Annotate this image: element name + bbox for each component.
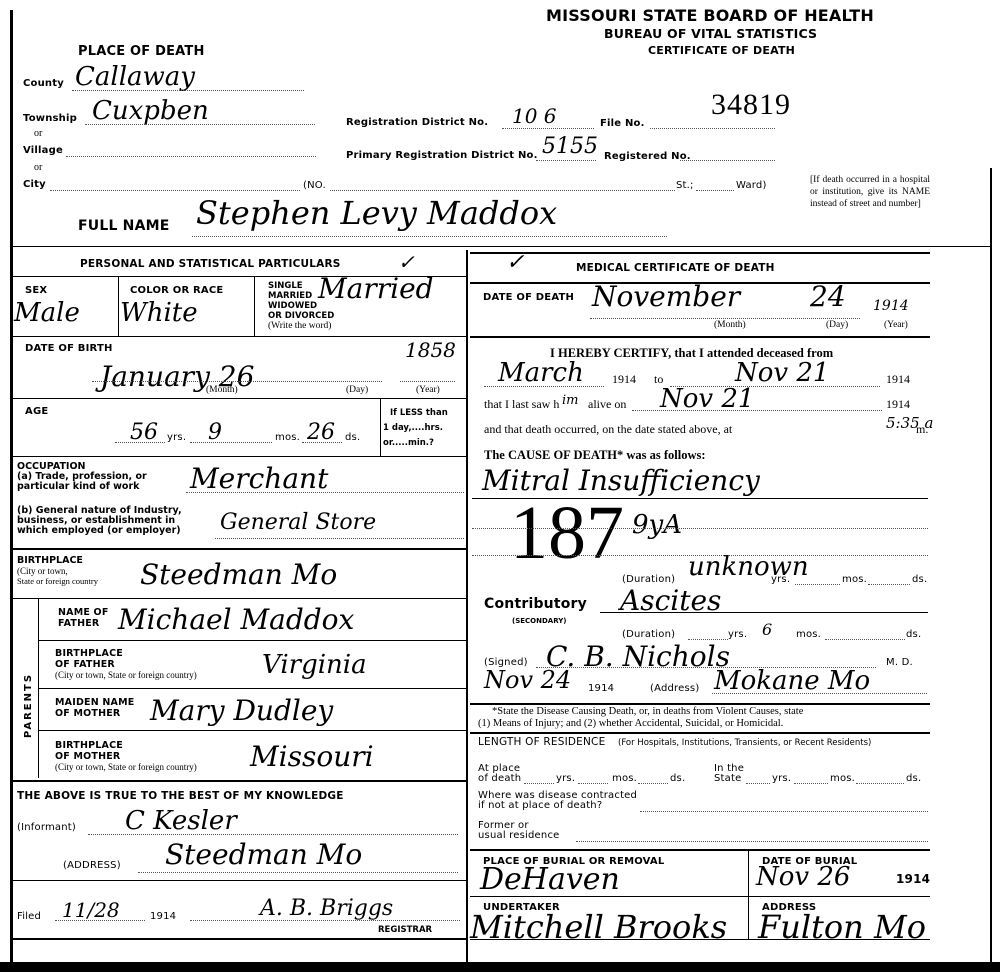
duration-ds-line [868,584,910,585]
village-line [66,156,316,157]
filed-date-line [55,920,145,921]
mother-birthplace-value: Missouri [250,740,374,773]
section-divider-top-2 [470,252,930,254]
cause-text: The CAUSE OF DEATH* was as follows: [484,448,706,463]
registrar-line [190,920,460,921]
mother-line [38,730,466,731]
medical-heading: MEDICAL CERTIFICATE OF DEATH [576,262,775,274]
marital-label-3: WIDOWED [268,301,317,311]
father-bp-label-1: BIRTHPLACE [55,648,123,659]
cause-code: 187 [510,490,624,577]
less-than-1: If LESS than [390,408,448,418]
dod-month-value: November [592,280,740,313]
father-name-label-2: FATHER [58,618,99,629]
informant-address-value: Steedman Mo [165,838,362,871]
signed-year: 1914 [588,683,614,694]
marital-value: Married [318,272,434,305]
dod-day-value: 24 [810,280,846,313]
residence-heading-sub: (For Hospitals, Institutions, Transients… [478,738,928,749]
in-state-yrs-line [746,783,770,784]
primary-district-label: Primary Registration District No. [346,150,538,161]
contrib-ds-label: ds. [906,629,921,640]
burial-place-value: DeHaven [480,862,620,897]
full-name-line [192,236,667,237]
father-name-value: Michael Maddox [118,603,354,636]
mother-bp-label-2: OF MOTHER [55,751,120,762]
contributory-label: Contributory [484,596,587,612]
mother-name-label-2: OF MOTHER [55,708,120,719]
certificate-title: CERTIFICATE OF DEATH [648,44,795,57]
row-line-3 [10,456,466,457]
father-name-label-1: NAME OF [58,607,109,618]
marital-label-1: SINGLE [268,281,303,291]
parents-bottom-line [10,780,466,782]
duration-yrs-label: yrs. [771,574,790,585]
county-label: County [23,78,64,89]
age-yrs-label: yrs. [167,432,186,443]
file-no-line [650,128,775,129]
occupation-line [186,492,464,493]
age-divider [380,398,381,456]
race-label: COLOR OR RACE [130,285,223,296]
cause-line-2 [472,528,928,529]
at-place-mos-line [578,783,608,784]
county-line [72,90,304,91]
street-line [330,190,675,191]
filed-year: 1914 [150,911,176,922]
age-label: AGE [25,406,48,417]
sex-divider [118,276,119,336]
street-no-label: (NO. [303,180,326,191]
occ-a-label-2: particular kind of work [17,482,139,492]
age-days-line [302,442,342,443]
burial-year: 1914 [896,872,930,886]
contrib-mos-label: mos. [796,629,821,640]
dob-year-value: 1858 [405,338,456,362]
contrib-ds-line [825,639,905,640]
burial-date-value: Nov 26 [756,862,850,892]
informant-line [88,834,458,835]
file-number: 34819 [711,88,791,122]
row-line-4 [10,548,466,550]
mother-bp-label-3: (City or town, State or foreign country) [55,762,197,772]
duration-mos-label: mos. [842,574,867,585]
full-name-value: Stephen Levy Maddox [196,194,557,232]
mother-name-label-1: MAIDEN NAME [55,697,134,708]
full-name-label: FULL NAME [78,218,170,234]
undertaker-line [470,939,930,940]
registered-no-line [680,160,775,161]
race-divider [254,276,255,336]
state-board-title: MISSOURI STATE BOARD OF HEALTH [546,6,874,25]
city-label: City [23,179,46,190]
dod-month-caption: (Month) [714,320,746,330]
at-place-yrs-line [524,783,554,784]
contrib-duration-label: (Duration) [622,629,675,640]
attended-from-line [484,386,604,387]
in-state-ds-label: ds. [906,773,921,784]
file-no-label: File No. [600,118,645,129]
county-value: Callaway [75,62,195,92]
md-label: M. D. [886,657,913,668]
undertaker-value: Mitchell Brooks [470,908,727,946]
or-text-1: or [34,128,42,139]
registration-district-value: 10 6 [512,104,557,128]
in-state-label-2: State [714,773,741,784]
primary-district-value: 5155 [542,134,598,159]
contrib-mos-value: 6 [762,620,772,639]
dob-line [92,381,382,382]
dob-label: DATE OF BIRTH [25,343,113,354]
md-address-label: (Address) [650,683,699,694]
in-state-yrs-label: yrs. [772,773,791,784]
secondary-label: (SECONDARY) [512,616,566,626]
personal-check: ✓ [398,250,415,274]
contrib-yrs-label: yrs. [728,629,747,640]
attended-from-value: March [498,358,584,388]
birthplace-value: Steedman Mo [140,558,337,591]
attended-to-year: 1914 [886,372,910,387]
dob-year-line [400,381,455,382]
ward-label: Ward) [736,180,767,191]
age-years-line [115,442,165,443]
dod-label: DATE OF DEATH [483,292,574,303]
md-address-value: Mokane Mo [714,666,870,696]
filed-date-value: 11/28 [62,898,120,922]
personal-heading: PERSONAL AND STATISTICAL PARTICULARS [80,258,341,270]
occ-b-label-3: which employed (or employer) [17,526,181,536]
former-residence-label-2: usual residence [478,830,560,841]
duration-ds-label: ds. [912,574,927,585]
last-saw-text: that I last saw h [484,397,559,412]
age-mos-label: mos. [275,432,300,443]
signed-value: C. B. Nichols [546,640,730,673]
informant-label: (Informant) [17,822,76,833]
filed-bottom-line [10,938,466,940]
father-bp-line [38,688,466,689]
cause-code-note: 9yA [632,510,682,540]
primary-district-line [536,160,596,161]
birthplace-label: BIRTHPLACE [17,556,83,566]
race-value: White [120,298,198,328]
contracted-line [640,811,928,812]
industry-line [215,538,464,539]
father-line [38,640,466,641]
in-state-ds-line [856,783,904,784]
township-value: Cuxpben [92,96,209,126]
bottom-border [0,962,1000,972]
registration-district-label: Registration District No. [346,117,488,128]
row-line-1 [10,336,466,337]
former-residence-line [576,841,928,842]
informant-value: C Kesler [125,806,237,836]
attended-from-year: 1914 [612,372,636,387]
row-line-5 [10,598,466,599]
death-time-text: and that death occurred, on the date sta… [484,422,732,437]
informant-address-label: (ADDRESS) [63,860,121,871]
dob-year-caption: (Year) [416,385,440,395]
m-label: m. [916,422,928,437]
at-place-ds-label: ds. [670,773,685,784]
left-border [10,10,13,965]
sex-label: SEX [25,285,47,296]
dob-month-caption: (Month) [206,385,238,395]
duration-mos-line [795,584,840,585]
birthplace-sub-1: (City or town, [17,566,68,576]
ward-line [696,190,734,191]
mother-bp-label-1: BIRTHPLACE [55,740,123,751]
footnote-1: *State the Disease Causing Death, or, in… [492,706,803,717]
dod-bottom-line [470,336,930,338]
right-border [990,168,992,968]
informant-bottom-line [10,880,466,881]
filed-label: Filed [17,911,41,922]
last-saw-year: 1914 [886,397,910,412]
bureau-subtitle: BUREAU OF VITAL STATISTICS [604,26,817,41]
at-place-label-2: of death [478,773,521,784]
father-birthplace-value: Virginia [262,650,367,680]
industry-value: General Store [220,510,376,535]
burial-divider [748,849,749,939]
sex-value: Male [14,298,80,328]
informant-address-line [138,872,458,873]
township-label: Township [23,113,77,124]
township-line [85,124,315,125]
at-place-ds-line [638,783,668,784]
city-line [50,190,300,191]
registration-district-line [502,128,594,129]
dod-year-value: 1914 [873,298,909,314]
at-place-yrs-label: yrs. [556,773,575,784]
dod-day-caption: (Day) [826,320,848,330]
village-label: Village [23,145,63,156]
dod-line [590,318,860,319]
parents-label: PARENTS [23,673,34,738]
in-state-mos-line [794,783,828,784]
st-label: St.; [676,180,694,191]
registered-no-label: Registered No. [604,151,691,162]
row-line-2 [10,398,466,399]
place-of-death-heading: PLACE OF DEATH [78,44,205,59]
in-state-mos-label: mos. [830,773,855,784]
contracted-label-2: if not at place of death? [478,800,602,811]
duration-value: unknown [688,552,809,582]
age-months-line [190,442,272,443]
dob-day-caption: (Day) [346,385,368,395]
or-text-2: or [34,162,42,173]
knowledge-statement: THE ABOVE IS TRUE TO THE BEST OF MY KNOW… [17,790,344,802]
medical-check: ✓ [506,250,524,275]
signed-date-value: Nov 24 [484,666,571,694]
undertaker-address-value: Fulton Mo [758,908,926,946]
md-bottom-line [470,703,930,705]
father-bp-label-2: OF FATHER [55,659,115,670]
burial-line [470,896,930,897]
less-than-2: 1 day,....hrs. [383,423,443,433]
marital-label-4: OR DIVORCED [268,311,334,321]
father-bp-label-3: (City or town, State or foreign country) [55,670,197,680]
marital-label-5: (Write the word) [268,321,331,331]
hospital-note: [If death occurred in a hospital or inst… [810,174,930,210]
last-saw-line [632,410,882,411]
birthplace-sub-2: State or foreign country [17,576,98,586]
occupation-value: Merchant [190,462,328,495]
residence-bottom-line [470,849,930,851]
footnote-bottom-line [470,732,930,734]
md-address-line [712,693,927,694]
registrar-signature: A. B. Briggs [260,896,393,921]
registrar-label: REGISTRAR [378,925,432,935]
contributory-line [600,612,928,613]
section-divider-top [10,246,990,247]
footnote-2: (1) Means of Injury; and (2) whether Acc… [478,718,783,729]
mother-name-value: Mary Dudley [150,694,333,727]
dod-year-caption: (Year) [884,320,908,330]
last-saw-fill: im [562,393,579,408]
column-divider [466,250,468,962]
alive-on-text: alive on [588,397,626,412]
marital-label-2: MARRIED [268,291,312,301]
at-place-mos-label: mos. [612,773,637,784]
less-than-3: or.....min.? [383,438,434,448]
age-ds-label: ds. [345,432,360,443]
